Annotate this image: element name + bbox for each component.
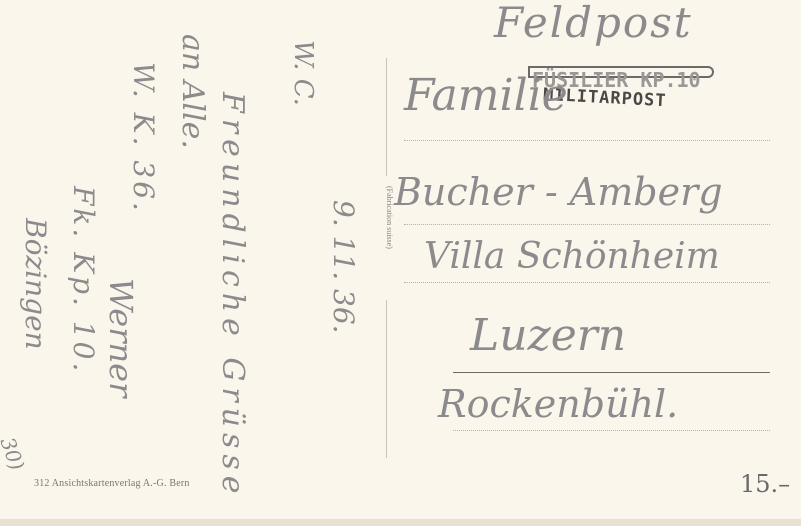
address-recipient: Familie (404, 70, 568, 121)
fabrication-note: (Fabrication suisse) (385, 186, 394, 249)
address-house: Villa Schönheim (424, 236, 720, 277)
divider-bottom (386, 300, 387, 458)
address-line-3 (404, 282, 770, 283)
price-note: 15.– (740, 470, 790, 498)
message-unit: Fk. Kp. 10. (67, 186, 100, 374)
divider-top (386, 58, 387, 176)
address-underline-city (453, 372, 770, 373)
message-greeting: Freundliche Grüsse (215, 92, 250, 500)
message-place: Bözingen (19, 218, 52, 350)
postcard-back: Feldpost FÜSILIER KP.10 MILITARPOST (Fab… (0, 0, 801, 519)
address-line-5 (453, 430, 770, 431)
message-wk: W. K. 36. (127, 62, 160, 214)
address-street: Rockenbühl. (438, 382, 678, 426)
publisher-imprint: 312 Ansichtskartenverlag A.-G. Bern (34, 478, 190, 489)
address-name: Bucher - Amberg (394, 170, 723, 214)
message-note: 30) (0, 434, 29, 473)
feldpost-heading: Feldpost (494, 0, 693, 47)
address-line-1 (404, 140, 770, 141)
message-date: 9. 11. 36. (327, 200, 360, 334)
message-to-all: an Alle. (175, 34, 210, 149)
message-signature: Werner (102, 278, 140, 397)
address-line-2 (404, 224, 770, 225)
card-bottom-edge (0, 519, 801, 526)
message-line-1: W. C. (288, 40, 318, 106)
address-city: Luzern (470, 310, 626, 361)
